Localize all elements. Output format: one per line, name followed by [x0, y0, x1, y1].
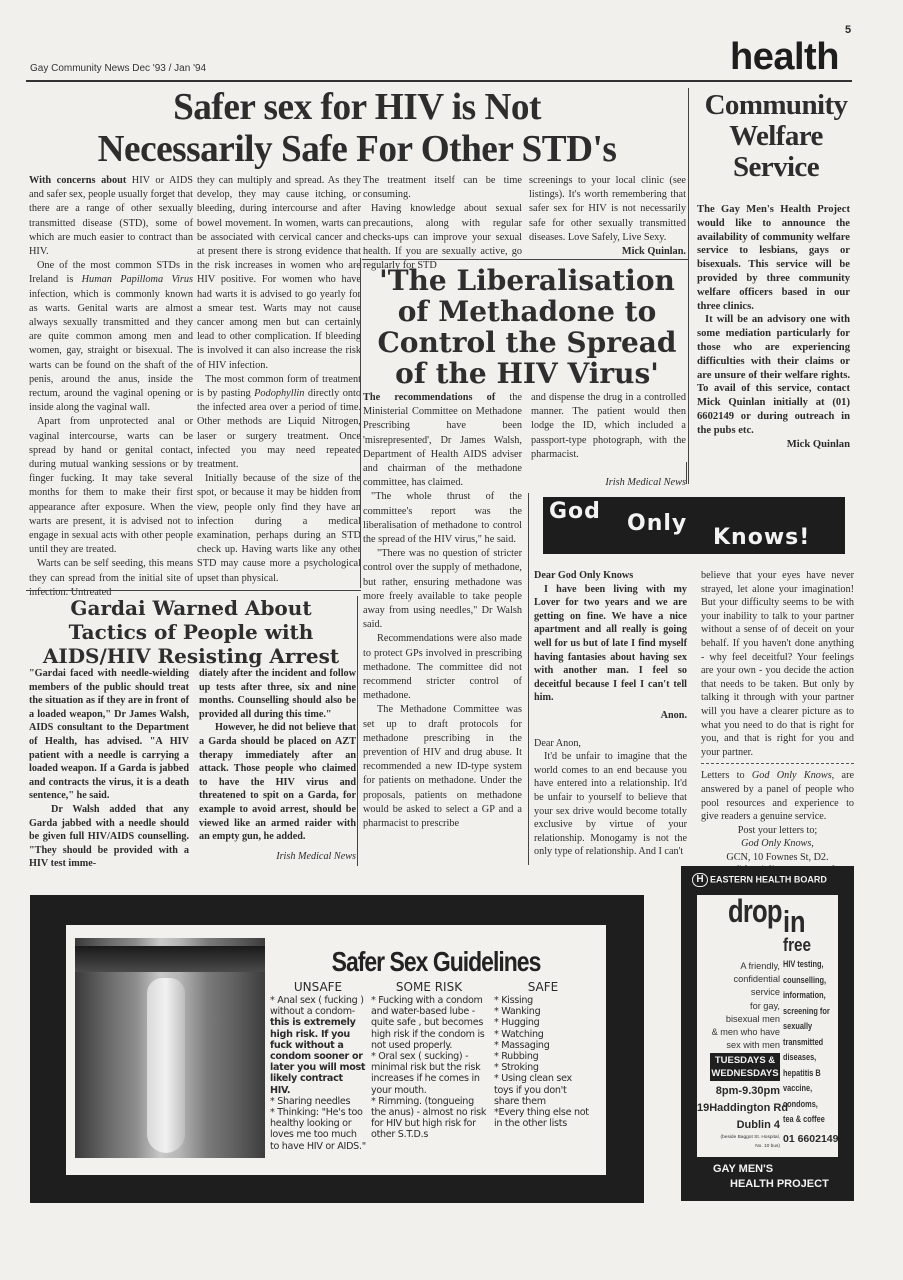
std-column-2: they can multiply and spread. As they de… — [197, 174, 361, 586]
paragraph: The most common form of treatment is by … — [197, 373, 361, 472]
banner-word: Only — [627, 511, 687, 536]
headline-line: Safer sex for HIV is Not — [33, 86, 682, 128]
paragraph: The Methadone Committee was set up to dr… — [363, 703, 522, 831]
headline-line: Community — [695, 90, 857, 121]
list-item: * Fucking with a condom and water-based … — [371, 995, 487, 1051]
text-line: information, — [783, 988, 840, 1004]
banner-word: God — [549, 499, 601, 524]
paragraph: Recommendations were also made to protec… — [363, 632, 522, 703]
text-line: vaccine, — [783, 1081, 840, 1097]
headline-line: Control the Spread — [362, 327, 692, 358]
ehb-directions: (beside Baggot St. Hospital, No. 10 bus) — [697, 1133, 780, 1151]
headline-line: AIDS/HIV Resisting Arrest — [26, 644, 356, 668]
drop-word: drop — [728, 893, 782, 930]
paragraph: The recommendations of the Ministerial C… — [363, 391, 522, 490]
some-risk-column: SOME RISK * Fucking with a condom and wa… — [371, 980, 487, 1141]
paragraph: One of the most common STDs in Ireland i… — [29, 259, 193, 415]
headline-line: of Methadone to — [362, 296, 692, 327]
headline-line: 'The Liberalisation — [362, 265, 692, 296]
banner-word: Knows! — [713, 525, 810, 550]
safe-column: SAFE * Kissing * Wanking * Hugging * Wat… — [494, 980, 592, 1129]
list-item: * Massaging — [494, 1040, 592, 1051]
paragraph: Apart from unprotected anal or vaginal i… — [29, 415, 193, 557]
ehb-phone: 01 6602149 — [783, 1133, 838, 1145]
free-word: free — [783, 935, 811, 956]
list-item: *Every thing else not in the other lists — [494, 1107, 592, 1129]
paragraph: Warts can be self seeding, this means th… — [29, 557, 193, 600]
ehb-days: TUESDAYS & WEDNESDAYS — [710, 1053, 780, 1081]
letter-signature: Anon. — [534, 709, 687, 723]
article-divider — [26, 590, 361, 591]
gmhp-label-line2: HEALTH PROJECT — [724, 1176, 830, 1193]
list-item: * Rubbing — [494, 1051, 592, 1062]
headline-gardai: Gardai Warned About Tactics of People wi… — [26, 596, 356, 668]
text: directly onto the infected area over a p… — [197, 388, 361, 470]
column-divider — [360, 258, 361, 588]
paragraph: "The whole thrust of the committee's rep… — [363, 490, 522, 547]
paragraph: "Gardai faced with needle-wielding membe… — [29, 667, 189, 803]
text-line: for gay, — [697, 1000, 780, 1013]
list-item: * Rimming. (tongueing the anus) - almost… — [371, 1096, 487, 1141]
arm-shape — [147, 978, 185, 1153]
post-address: GCN, 10 Fownes St, D2. — [701, 851, 854, 865]
column-divider — [357, 596, 358, 866]
text-line: sex with men — [697, 1039, 780, 1052]
paragraph: It will be an advisory one with some med… — [697, 313, 850, 437]
text-line: HIV testing, — [783, 957, 840, 973]
headline-line: of the HIV Virus' — [362, 358, 692, 389]
address-line: 19Haddington Rd — [697, 1100, 780, 1117]
text-line: hepatitis B — [783, 1066, 840, 1082]
paragraph: The Gay Men's Health Project would like … — [697, 203, 850, 313]
headline-std: Safer sex for HIV is Not Necessarily Saf… — [33, 86, 682, 170]
welfare-body: The Gay Men's Health Project would like … — [697, 203, 850, 451]
jeans-photo — [75, 938, 265, 1158]
paragraph: "There was no question of stricter contr… — [363, 547, 522, 632]
text: Letters to — [701, 770, 752, 781]
dashed-divider — [701, 763, 854, 764]
paragraph: However, he did not believe that a Garda… — [199, 721, 356, 843]
text: infection, which is commonly known as wa… — [29, 289, 193, 414]
post-line: Post your letters to; — [701, 824, 854, 838]
unsafe-column: UNSAFE * Anal sex ( fucking ) without a … — [270, 980, 366, 1152]
headline-methadone: 'The Liberalisation of Methadone to Cont… — [362, 265, 692, 389]
paragraph: screenings to your local clinic (see lis… — [529, 174, 686, 245]
text-line: No. 10 bus) — [697, 1142, 780, 1151]
column-heading: UNSAFE — [270, 980, 366, 994]
text-line: WEDNESDAYS — [710, 1067, 780, 1080]
italic-term: Podophyllin — [254, 388, 304, 399]
text-line: TUESDAYS & — [710, 1054, 780, 1067]
headline-line: Service — [695, 152, 857, 183]
text-line: screening for — [783, 1004, 840, 1020]
gok-letter-column: Dear God Only Knows I have been living w… — [534, 569, 687, 859]
list-item: * Hugging — [494, 1017, 592, 1028]
text: the Ministerial Committee on Methadone P… — [363, 392, 522, 488]
headline-line: Tactics of People with — [26, 620, 356, 644]
headline-line: Gardai Warned About — [26, 596, 356, 620]
text-line: sexually — [783, 1019, 840, 1035]
reply-paragraph: It'd be unfair to imagine that the world… — [534, 750, 687, 859]
org-name: EASTERN HEALTH BOARD — [710, 874, 827, 884]
italic-title: God Only Knows — [752, 770, 832, 781]
address-line: Dublin 4 — [697, 1117, 780, 1134]
list-item: * Anal sex ( fucking ) without a condom- — [270, 995, 366, 1017]
lead-in: With concerns about — [29, 175, 126, 186]
belt-shape — [75, 946, 265, 972]
source-credit: Irish Medical News — [531, 476, 686, 490]
gardai-column-1: "Gardai faced with needle-wielding membe… — [29, 667, 189, 871]
text-line: (beside Baggot St. Hospital, — [697, 1133, 780, 1142]
column-divider — [686, 462, 687, 484]
italic-term: Human Papilloma Virus — [82, 274, 193, 285]
std-column-1: With concerns about HIV or AIDS and safe… — [29, 174, 193, 600]
column-divider — [528, 493, 529, 865]
column-heading: SAFE — [494, 980, 592, 994]
std-column-4: screenings to your local clinic (see lis… — [529, 174, 686, 259]
letter-body: I have been living with my Lover for two… — [534, 583, 687, 705]
text-line: transmitted — [783, 1035, 840, 1051]
column-heading: SOME RISK — [371, 980, 487, 994]
reply-paragraph: believe that your eyes have never straye… — [701, 569, 854, 759]
list-item: * Stroking — [494, 1062, 592, 1073]
ehb-time-address: 8pm-9.30pm 19Haddington Rd Dublin 4 — [697, 1083, 780, 1134]
text-line: condoms, — [783, 1097, 840, 1113]
text-line: diseases, — [783, 1050, 840, 1066]
ehb-services-list: HIV testing, counselling, information, s… — [783, 957, 840, 1128]
headline-line: Necessarily Safe For Other STD's — [33, 128, 682, 170]
publication-line: Gay Community News Dec '93 / Jan '94 — [30, 63, 206, 74]
headline-welfare: Community Welfare Service — [695, 90, 857, 183]
source-credit: Irish Medical News — [199, 850, 356, 864]
ehb-header: HEASTERN HEALTH BOARD — [692, 873, 852, 887]
issue-date: Dec '93 / Jan '94 — [132, 63, 206, 74]
gok-reply-column: believe that your eyes have never straye… — [701, 569, 854, 878]
paragraph: With concerns about HIV or AIDS and safe… — [29, 174, 193, 259]
paragraph: diately after the incident and follow up… — [199, 667, 356, 721]
list-item: * Sharing needles — [270, 1096, 366, 1107]
list-item: * Using clean sex toys if you don't shar… — [494, 1073, 592, 1107]
section-title: health — [730, 36, 839, 79]
text-line: A friendly, — [697, 960, 780, 973]
masthead-rule — [26, 80, 852, 82]
methadone-column-2: and dispense the drug in a controlled ma… — [531, 391, 686, 490]
article-divider — [362, 259, 688, 260]
list-item: * Oral sex ( sucking) - minimal risk but… — [371, 1051, 487, 1096]
list-item: * Kissing — [494, 995, 592, 1006]
methadone-column-1: The recommendations of the Ministerial C… — [363, 391, 522, 831]
opening-time: 8pm-9.30pm — [697, 1083, 780, 1100]
text: HIV or AIDS and safer sex, people usuall… — [29, 175, 193, 257]
gok-footer: Letters to God Only Knows, are answered … — [701, 769, 854, 823]
paragraph: The treatment itself can be time consumi… — [363, 174, 522, 202]
list-item: * Thinking: "He's too healthy looking or… — [270, 1107, 366, 1152]
paragraph: Dr Walsh added that any Garda jabbed wit… — [29, 803, 189, 871]
lead-in: The recommendations of — [363, 392, 495, 403]
text-line: counselling, — [783, 973, 840, 989]
list-item: this is extremely high risk. If you fuck… — [270, 1017, 366, 1095]
text-line: service — [697, 986, 780, 999]
paragraph: Having knowledge about sexual precaution… — [363, 202, 522, 273]
reply-salutation: Dear Anon, — [534, 737, 687, 751]
paragraph: and dispense the drug in a controlled ma… — [531, 391, 686, 462]
list-item: * Watching — [494, 1029, 592, 1040]
gardai-column-2: diately after the incident and follow up… — [199, 667, 356, 863]
safer-sex-title: Safer Sex Guidelines — [297, 946, 576, 978]
text-line: & men who have — [697, 1026, 780, 1039]
paragraph: Initially because of the size of the spo… — [197, 472, 361, 586]
headline-line: Welfare — [695, 121, 857, 152]
publication-name: Gay Community News — [30, 63, 129, 74]
paragraph: they can multiply and spread. As they de… — [197, 174, 361, 373]
byline: Mick Quinlan. — [529, 245, 686, 259]
byline: Mick Quinlan — [697, 438, 850, 452]
text-line: confidential — [697, 973, 780, 986]
god-only-knows-banner: God Only Knows! — [543, 497, 845, 554]
ehb-service-description: A friendly, confidential service for gay… — [697, 960, 780, 1052]
page-number: 5 — [845, 24, 851, 36]
text-line: tea & coffee — [783, 1112, 840, 1128]
ehb-logo-icon: H — [692, 873, 708, 887]
text-line: bisexual men — [697, 1013, 780, 1026]
letter-salutation: Dear God Only Knows — [534, 569, 687, 583]
post-name: God Only Knows, — [701, 837, 854, 851]
list-item: * Wanking — [494, 1006, 592, 1017]
